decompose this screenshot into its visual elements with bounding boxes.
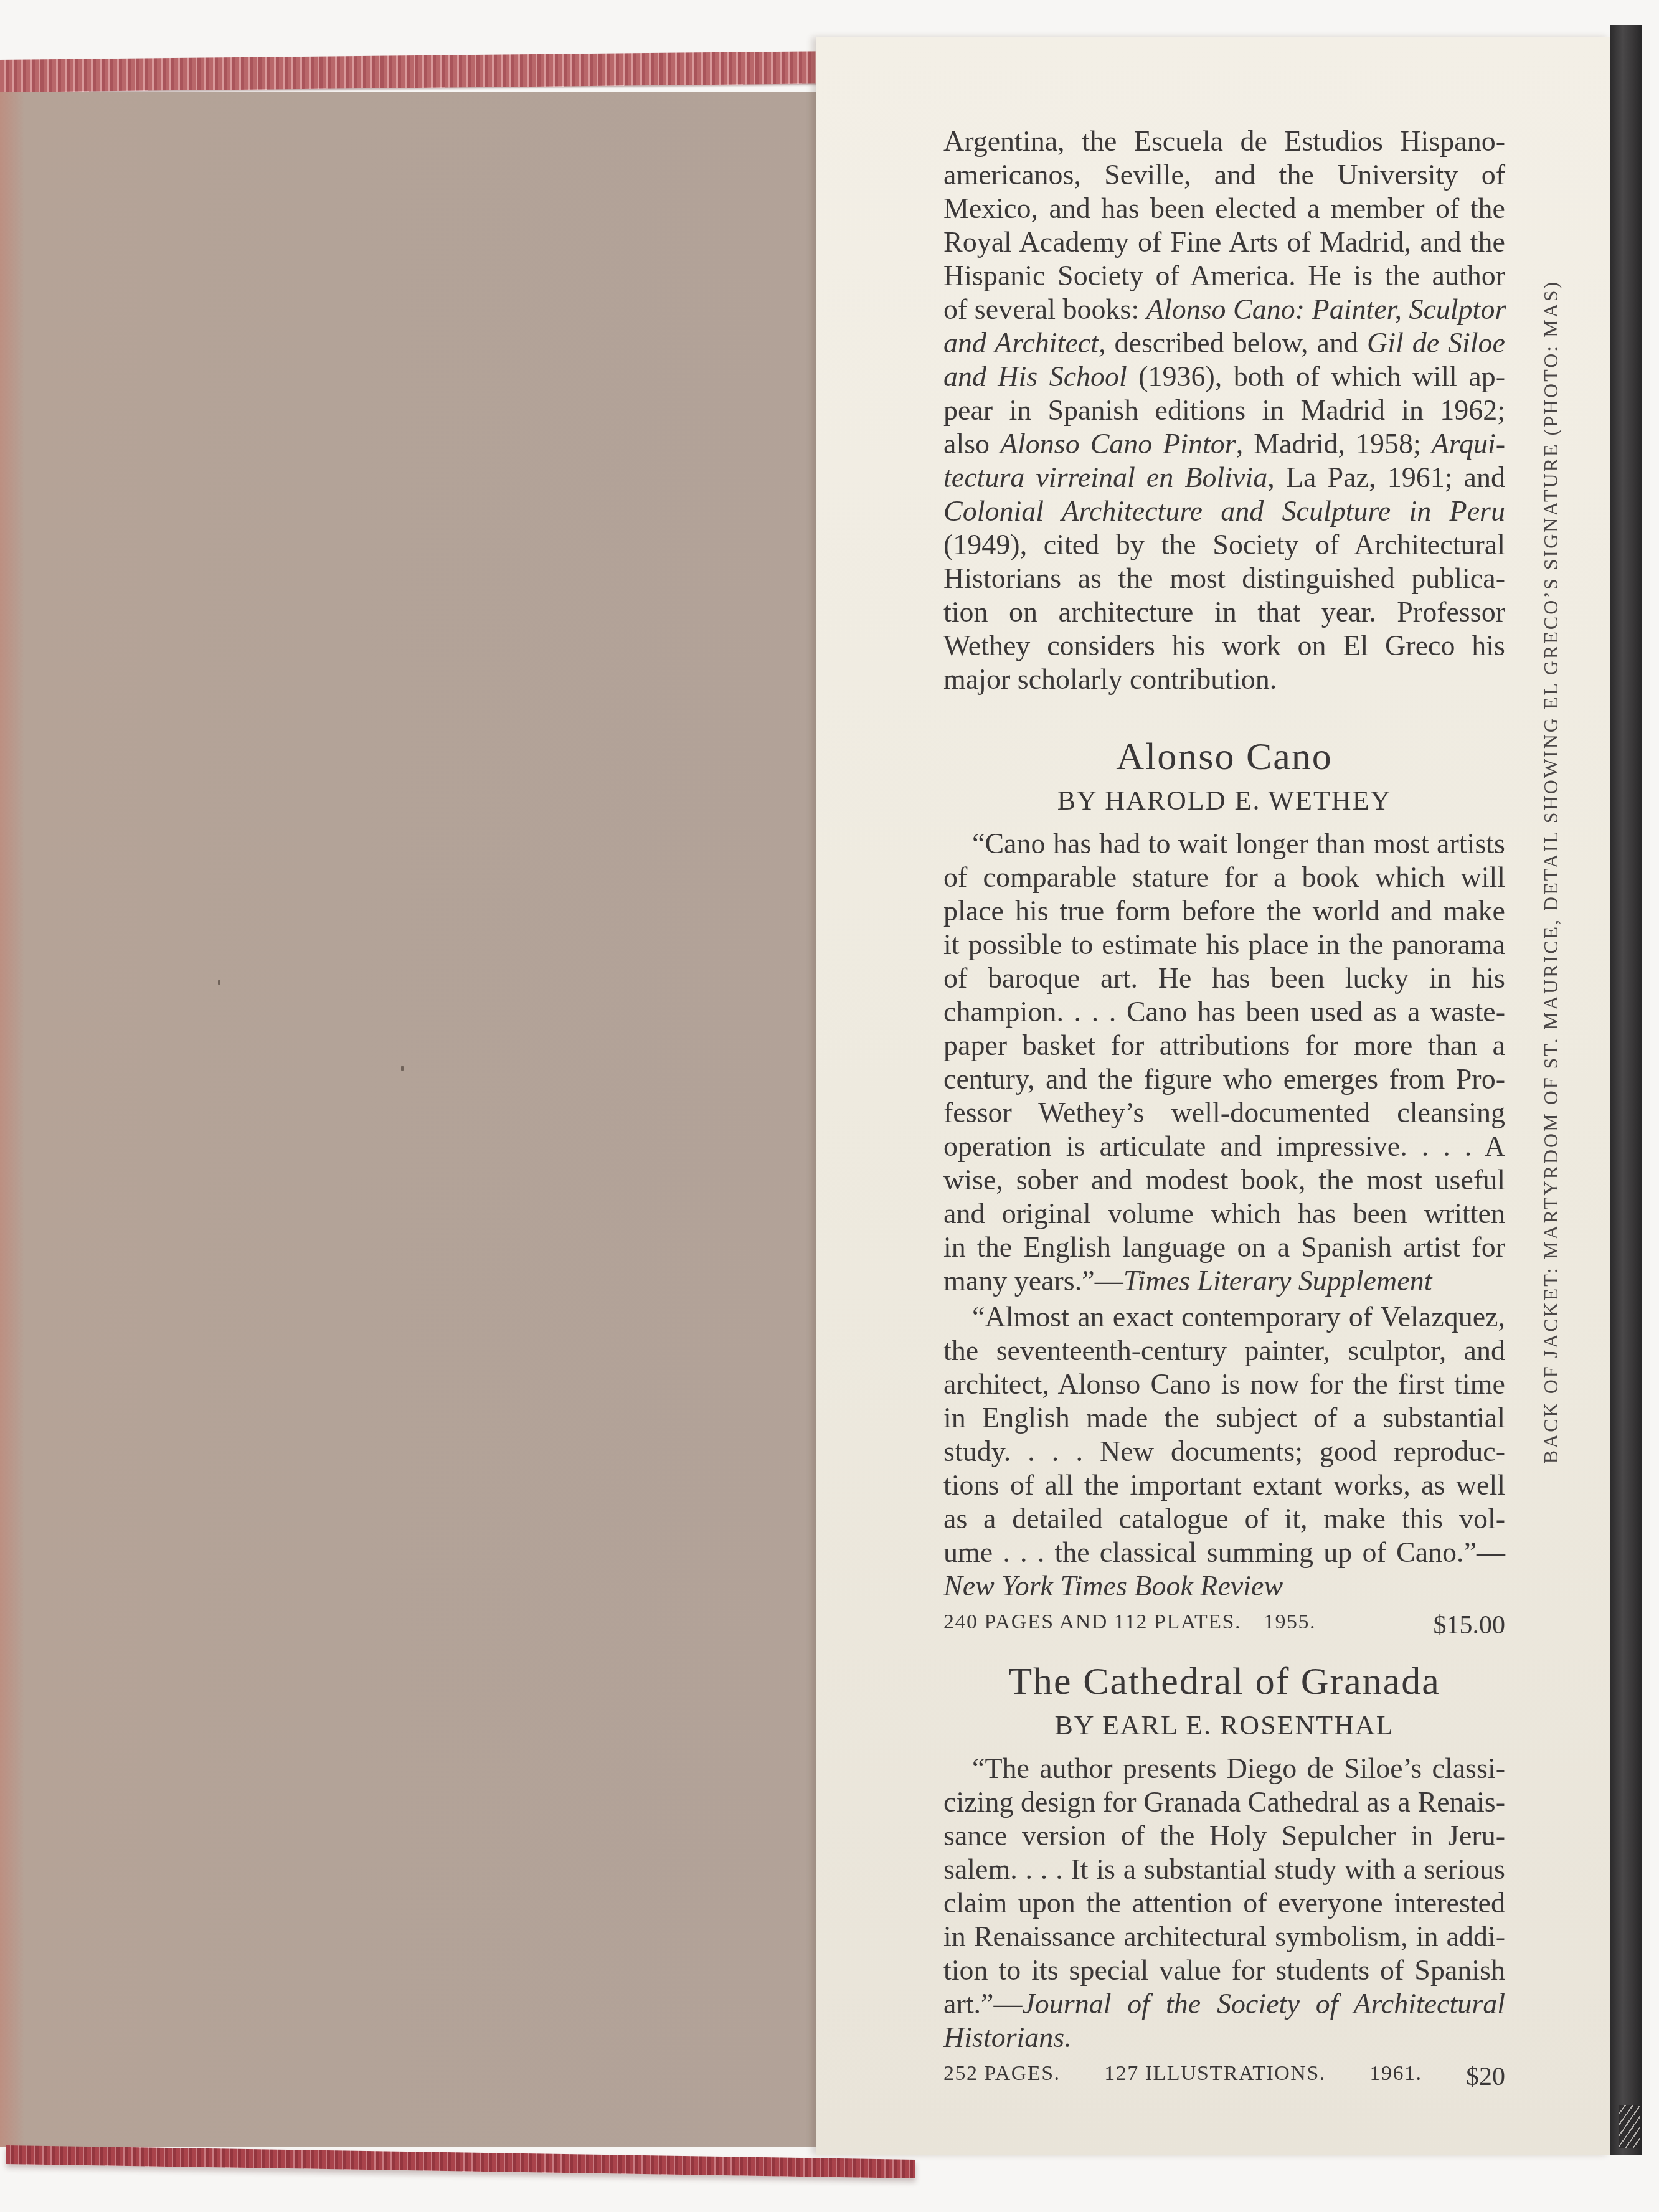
book-title-italic: Gil de Siloe bbox=[1367, 327, 1505, 359]
price: $20 bbox=[1466, 2062, 1505, 2092]
review-line: in Renaissance architectural symbolism, … bbox=[943, 1920, 1505, 1954]
bio-text: described below, and bbox=[1106, 327, 1367, 359]
paper-blemish bbox=[218, 980, 220, 985]
publication-year: 1961. bbox=[1369, 2062, 1422, 2092]
review-line: of comparable stature for a book which w… bbox=[943, 861, 1505, 894]
board-cloth-top-edge bbox=[0, 50, 884, 92]
book-title-italic: Arqui- bbox=[1432, 428, 1505, 460]
review-line: art.”—Journal of the Society of Architec… bbox=[943, 1987, 1505, 2021]
book-title-italic: Alonso Cano: Painter, Sculptor bbox=[1146, 293, 1506, 325]
review-line: cizing design for Granada Cathedral as a… bbox=[943, 1785, 1505, 1819]
bio-line: Mexico, and has been elected a member of… bbox=[943, 192, 1505, 225]
review-line: study. . . . New documents; good reprodu… bbox=[943, 1435, 1505, 1468]
bio-line: Colonial Architecture and Sculpture in P… bbox=[943, 494, 1505, 528]
bio-line: major scholarly contribution. bbox=[943, 663, 1505, 696]
review-line: in English made the subject of a substan… bbox=[943, 1401, 1505, 1435]
bio-text: (1936), both of which will ap- bbox=[1127, 361, 1505, 392]
review-line: and original volume which has been writt… bbox=[943, 1197, 1505, 1231]
review-line: of baroque art. He has been lucky in his bbox=[943, 962, 1505, 995]
review-source: New York Times Book Review bbox=[943, 1570, 1283, 1602]
review-line: it possible to estimate his place in the… bbox=[943, 928, 1505, 962]
bio-text: also bbox=[943, 428, 1000, 460]
review-line: salem. . . . It is a substantial study w… bbox=[943, 1853, 1505, 1886]
book-byline: BY HAROLD E. WETHEY bbox=[943, 785, 1505, 816]
review-text: art.”— bbox=[943, 1988, 1022, 2020]
review-source: Times Literary Supplement bbox=[1123, 1265, 1432, 1297]
review-line: champion. . . . Cano has been used as a … bbox=[943, 995, 1505, 1029]
review-line: claim upon the attention of everyone int… bbox=[943, 1886, 1505, 1920]
bio-line: (1949), cited by the Society of Architec… bbox=[943, 528, 1505, 562]
review-line: tion to its special value for students o… bbox=[943, 1954, 1505, 1987]
book-title-italic: tectura virreinal en Bolivia bbox=[943, 461, 1267, 493]
review-line: New York Times Book Review bbox=[943, 1569, 1505, 1603]
review-line: “Almost an exact contemporary of Velazqu… bbox=[943, 1300, 1505, 1334]
review-line: Historians. bbox=[943, 2021, 1505, 2054]
bio-text: of several books: bbox=[943, 293, 1146, 325]
jacket-spine-edge bbox=[1610, 25, 1642, 2155]
review-line: fessor Wethey’s well-documented cleansin… bbox=[943, 1096, 1505, 1130]
jacket-photo-caption: BACK OF JACKET: MARTYRDOM OF ST. MAURICE… bbox=[1539, 280, 1562, 1463]
book-details: 252 PAGES. 127 ILLUSTRATIONS. 1961. $20 bbox=[943, 2062, 1505, 2092]
review-line: the seventeenth-century painter, sculpto… bbox=[943, 1334, 1505, 1368]
review-line: many years.”—Times Literary Supplement bbox=[943, 1264, 1505, 1298]
book-title-italic: Colonial Architecture and Sculpture in P… bbox=[943, 495, 1505, 527]
review-line: as a detailed catalogue of it, make this… bbox=[943, 1502, 1505, 1536]
bio-line: and His School (1936), both of which wil… bbox=[943, 360, 1505, 394]
review-line: ume . . . the classical summing up of Ca… bbox=[943, 1536, 1505, 1569]
bio-line: pear in Spanish editions in Madrid in 19… bbox=[943, 394, 1505, 427]
review-line: “The author presents Diego de Siloe’s cl… bbox=[943, 1752, 1505, 1785]
review-line: sance version of the Holy Sepulcher in J… bbox=[943, 1819, 1505, 1853]
review-line: in the English language on a Spanish art… bbox=[943, 1231, 1505, 1264]
review-line: place his true form before the world and… bbox=[943, 894, 1505, 928]
book-title-italic: and Architect, bbox=[943, 327, 1106, 359]
review-line: “Cano has had to wait longer than most a… bbox=[943, 827, 1505, 861]
book-title-italic: and His School bbox=[943, 361, 1127, 392]
bio-line: Hispanic Society of America. He is the a… bbox=[943, 259, 1505, 293]
bio-line: americanos, Seville, and the University … bbox=[943, 158, 1505, 192]
review-line: wise, sober and modest book, the most us… bbox=[943, 1163, 1505, 1197]
bio-line: Royal Academy of Fine Arts of Madrid, an… bbox=[943, 225, 1505, 259]
book-title: Alonso Cano bbox=[943, 735, 1505, 779]
review-line: century, and the figure who emerges from… bbox=[943, 1062, 1505, 1096]
book-title-italic: Alonso Cano Pintor bbox=[1000, 428, 1236, 460]
bio-line: Wethey considers his work on El Greco hi… bbox=[943, 629, 1505, 663]
book-byline: BY EARL E. ROSENTHAL bbox=[943, 1709, 1505, 1741]
book-details: 240 PAGES AND 112 PLATES. 1955. $15.00 bbox=[943, 1610, 1505, 1640]
review-line: paper basket for attributions for more t… bbox=[943, 1029, 1505, 1062]
bio-line: tion on architecture in that year. Profe… bbox=[943, 595, 1505, 629]
bio-text: , Madrid, 1958; bbox=[1236, 428, 1432, 460]
bio-line: also Alonso Cano Pintor, Madrid, 1958; A… bbox=[943, 427, 1505, 461]
endpaper bbox=[0, 92, 822, 2147]
paper-blemish bbox=[401, 1066, 404, 1071]
book-title: The Cathedral of Granada bbox=[943, 1660, 1505, 1704]
bio-line: of several books: Alonso Cano: Painter, … bbox=[943, 293, 1505, 326]
page-count: 240 PAGES AND 112 PLATES. bbox=[943, 1610, 1241, 1640]
illustration-count: 127 ILLUSTRATIONS. bbox=[1104, 2062, 1326, 2092]
review-line: architect, Alonso Cano is now for the fi… bbox=[943, 1368, 1505, 1401]
review-line: tions of all the important extant works,… bbox=[943, 1468, 1505, 1502]
bio-text: , La Paz, 1961; and bbox=[1267, 461, 1505, 493]
price: $15.00 bbox=[1434, 1610, 1506, 1640]
publication-year: 1955. bbox=[1241, 1610, 1433, 1640]
review-source: Historians. bbox=[943, 2021, 1072, 2053]
review-source: Journal of the Society of Architectural bbox=[1022, 1988, 1505, 2020]
bio-line: and Architect, described below, and Gil … bbox=[943, 326, 1505, 360]
board-cloth-bottom-edge bbox=[6, 2145, 915, 2178]
bio-line: Argentina, the Escuela de Estudios Hispa… bbox=[943, 125, 1505, 158]
page-count: 252 PAGES. bbox=[943, 2062, 1061, 2092]
bio-line: tectura virreinal en Bolivia, La Paz, 19… bbox=[943, 461, 1505, 494]
review-text: many years.”— bbox=[943, 1265, 1123, 1297]
bio-line: Historians as the most distinguished pub… bbox=[943, 562, 1505, 595]
review-line: operation is articulate and impressive. … bbox=[943, 1130, 1505, 1163]
